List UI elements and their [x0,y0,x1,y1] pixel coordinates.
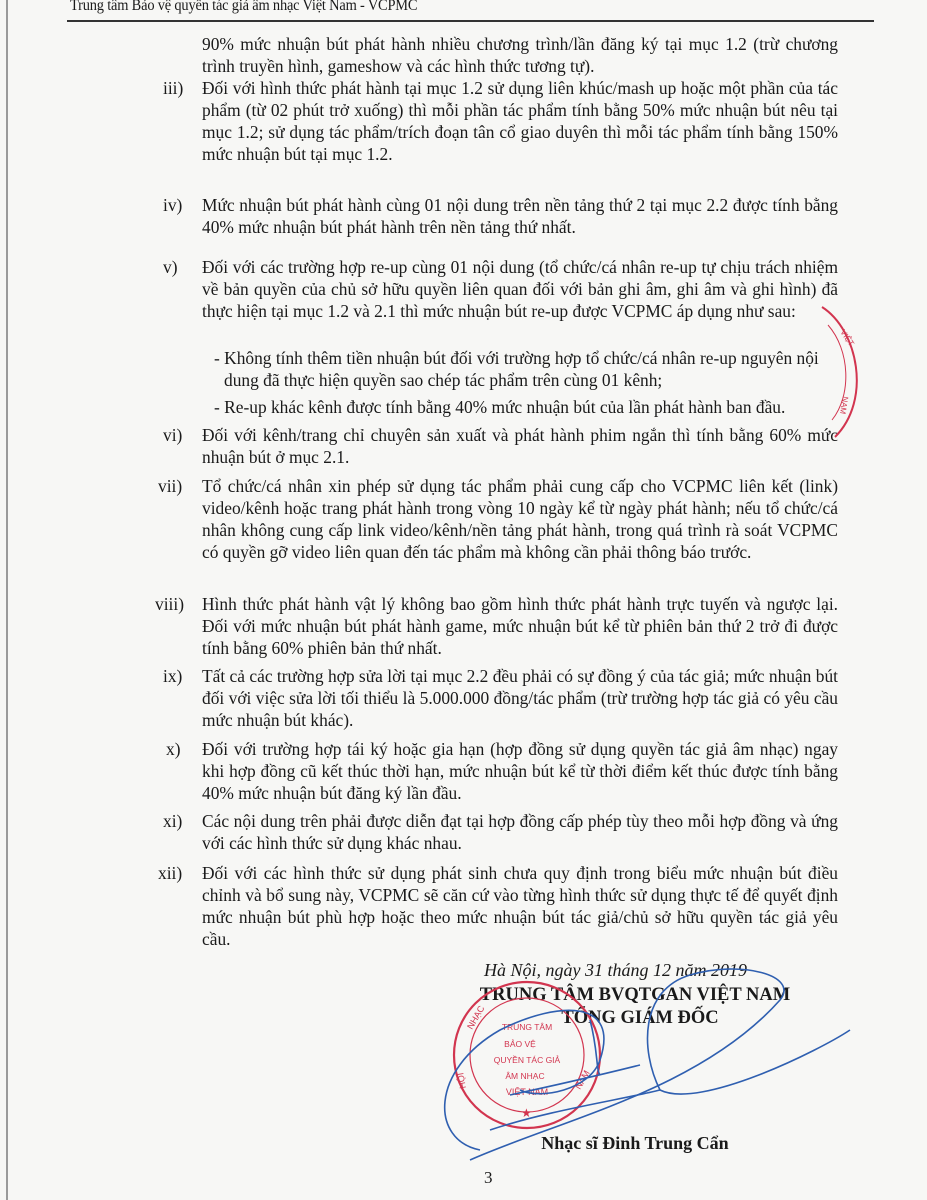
item-number: ix) [163,665,182,687]
header-divider [67,20,874,22]
document-page: Trung tâm Bảo vệ quyền tác giả âm nhạc V… [0,0,927,1200]
signature-position: TỔNG GIÁM ĐỐC [490,1008,790,1029]
svg-text:BẢO VỆ: BẢO VỆ [504,1038,536,1049]
svg-text:HỘI: HỘI [455,1072,468,1090]
page-number: 3 [484,1168,493,1188]
item-text: Đối với các trường hợp re-up cùng 01 nội… [202,256,838,322]
item-text: Đối với trường hợp tái ký hoặc gia hạn (… [202,738,838,804]
svg-text:★: ★ [521,1106,532,1120]
item-text: Các nội dung trên phải được diễn đạt tại… [202,810,838,854]
svg-text:VIỆT: VIỆT [838,328,856,348]
signature-org: TRUNG TÂM BVQTGAN VIỆT NAM [440,985,830,1006]
item-number: xi) [163,810,182,832]
item-number: x) [166,738,181,760]
signature-date: Hà Nội, ngày 31 tháng 12 năm 2019 [484,960,747,981]
item-text: Mức nhuận bút phát hành cùng 01 nội dung… [202,194,838,238]
item-number: vi) [163,424,182,446]
scan-edge [6,0,8,1200]
sub-item: - Re-up khác kênh được tính bằng 40% mức… [214,396,838,418]
sub-item: - Không tính thêm tiền nhuận bút đối với… [214,347,838,391]
svg-text:NAM: NAM [838,396,850,415]
svg-text:QUYỀN TÁC GIẢ: QUYỀN TÁC GIẢ [494,1054,561,1065]
item-number: v) [163,256,178,278]
page-header: Trung tâm Bảo vệ quyền tác giả âm nhạc V… [70,0,417,15]
item-number: xii) [158,862,182,884]
item-text: Hình thức phát hành vật lý không bao gồm… [202,593,838,659]
svg-text:NHẠC: NHẠC [465,1003,487,1031]
item-number: vii) [158,475,182,497]
item-text: Đối với hình thức phát hành tại mục 1.2 … [202,77,838,165]
item-number: iii) [163,77,183,99]
svg-text:NAM: NAM [573,1069,592,1091]
item-text: Đối với kênh/trang chỉ chuyên sản xuất v… [202,424,838,468]
item-number: iv) [163,194,182,216]
svg-text:VIỆT NAM: VIỆT NAM [506,1087,548,1097]
svg-text:ÂM NHẠC: ÂM NHẠC [505,1071,544,1081]
continuation-paragraph: 90% mức nhuận bút phát hành nhiều chương… [202,33,838,77]
item-text: Đối với các hình thức sử dụng phát sinh … [202,862,838,950]
signer-name: Nhạc sĩ Đinh Trung Cẩn [510,1133,760,1154]
item-number: viii) [155,593,184,615]
item-text: Tất cả các trường hợp sửa lời tại mục 2.… [202,665,838,731]
item-text: Tổ chức/cá nhân xin phép sử dụng tác phẩ… [202,475,838,563]
